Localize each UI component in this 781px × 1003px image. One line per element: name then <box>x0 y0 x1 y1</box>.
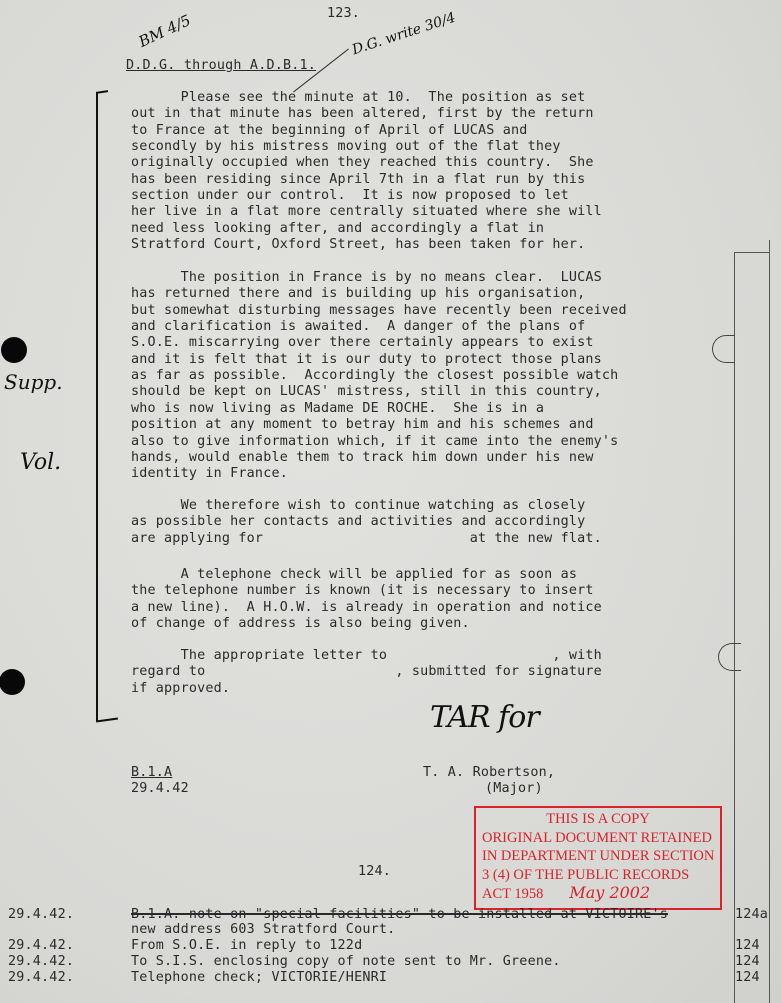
body-line: The position in France is by no means cl… <box>131 270 602 285</box>
sender-date: 29.4.42 <box>131 781 189 796</box>
page-number-top: 123. <box>327 6 360 21</box>
body-line: Stratford Court, Oxford Street, has been… <box>131 237 585 252</box>
body-line: Please see the minute at 10. The positio… <box>131 90 585 105</box>
body-line: S.O.E. miscarrying over there certainly … <box>131 335 594 350</box>
stamp-line: THIS IS A COPY <box>482 810 714 829</box>
log-date: 29.4.42. <box>8 907 74 922</box>
stamp-line: 3 (4) OF THE PUBLIC RECORDS <box>482 866 714 885</box>
body-line: a new line). A H.O.W. is already in oper… <box>131 600 602 615</box>
punch-hole-bottom <box>0 669 25 695</box>
body-line: regard to , submitted for signature <box>131 664 602 679</box>
margin-bracket-top-hook <box>96 90 108 94</box>
log-date: 29.4.42. <box>8 970 74 985</box>
public-records-stamp: THIS IS A COPY ORIGINAL DOCUMENT RETAINE… <box>474 806 722 910</box>
margin-note-vol: Vol. <box>20 450 61 475</box>
binding-frame-inner <box>734 252 735 1003</box>
body-line: has been residing since April 7th in a f… <box>131 172 585 187</box>
margin-bracket-bottom-hook <box>96 717 118 722</box>
binding-notch-bottom <box>718 643 741 671</box>
handwritten-initials: BM 4/5 <box>136 11 194 51</box>
body-line: A telephone check will be applied for as… <box>131 567 577 582</box>
margin-bracket <box>96 93 98 721</box>
body-line: should be kept on LUCAS' mistress, still… <box>131 384 602 399</box>
log-ref: 124 <box>735 970 760 985</box>
body-line: of change of address is also being given… <box>131 616 470 631</box>
stamp-line: IN DEPARTMENT UNDER SECTION <box>482 847 714 866</box>
body-line: hands, would enable them to track him do… <box>131 450 594 465</box>
body-line: the telephone number is known (it is nec… <box>131 583 594 598</box>
body-line: originally occupied when they reached th… <box>131 155 594 170</box>
binding-frame-outer <box>769 240 770 1003</box>
body-line: as far as possible. Accordingly the clos… <box>131 368 618 383</box>
body-line: has returned there and is building up hi… <box>131 286 585 301</box>
body-line: who is now living as Madame DE ROCHE. Sh… <box>131 401 544 416</box>
log-text: B.1.A. note on "special facilities" to b… <box>131 907 668 922</box>
document-page: 123. BM 4/5 D.G. write 30/4 D.D.G. throu… <box>0 0 781 1003</box>
log-ref: 124 <box>735 954 760 969</box>
log-text: From S.O.E. in reply to 122d <box>131 938 362 953</box>
body-line: and it is felt that it is our duty to pr… <box>131 352 602 367</box>
log-date: 29.4.42. <box>8 954 74 969</box>
body-line: as possible her contacts and activities … <box>131 514 585 529</box>
body-line: but somewhat disturbing messages have re… <box>131 303 627 318</box>
body-line: section under our control. It is now pro… <box>131 188 569 203</box>
body-line: to France at the beginning of April of L… <box>131 123 528 138</box>
signatory-rank: (Major) <box>485 781 543 796</box>
body-line: if approved. <box>131 681 230 696</box>
margin-note-supp: Supp. <box>4 370 63 394</box>
body-line: secondly by his mistress moving out of t… <box>131 139 561 154</box>
sender-section: B.1.A <box>131 765 172 780</box>
binding-frame-top <box>735 252 769 253</box>
stamp-line: ORIGINAL DOCUMENT RETAINED <box>482 829 714 848</box>
handwritten-dg-note: D.G. write 30/4 <box>350 10 457 59</box>
body-line: need less looking after, and accordingly… <box>131 221 544 236</box>
body-line: The appropriate letter to , with <box>131 648 602 663</box>
stamp-handwritten-date: May 2002 <box>569 883 650 902</box>
body-line: her live in a flat more centrally situat… <box>131 204 602 219</box>
body-line: out in that minute has been altered, fir… <box>131 106 594 121</box>
log-text: new address 603 Stratford Court. <box>131 922 395 937</box>
signature: TAR for <box>430 700 539 735</box>
log-text: Telephone check; VICTORIE/HENRI <box>131 970 387 985</box>
body-line: position at any moment to betray him and… <box>131 417 594 432</box>
log-ref: 124 <box>735 938 760 953</box>
log-date: 29.4.42. <box>8 938 74 953</box>
binding-notch-top <box>712 335 735 363</box>
stamp-line: ACT 1958 <box>482 886 543 902</box>
log-text: To S.I.S. enclosing copy of note sent to… <box>131 954 561 969</box>
body-line: are applying for at the new flat. <box>131 531 602 546</box>
body-line: and clarification is awaited. A danger o… <box>131 319 585 334</box>
body-line: identity in France. <box>131 466 288 481</box>
page-number-bottom: 124. <box>358 864 391 879</box>
addressee-line: D.D.G. through A.D.B.1. <box>126 58 316 73</box>
punch-hole-top <box>1 337 27 363</box>
body-line: We therefore wish to continue watching a… <box>131 498 585 513</box>
log-ref: 124a <box>735 907 768 922</box>
body-line: also to give information which, if it ca… <box>131 434 618 449</box>
signatory-name: T. A. Robertson, <box>423 765 555 780</box>
